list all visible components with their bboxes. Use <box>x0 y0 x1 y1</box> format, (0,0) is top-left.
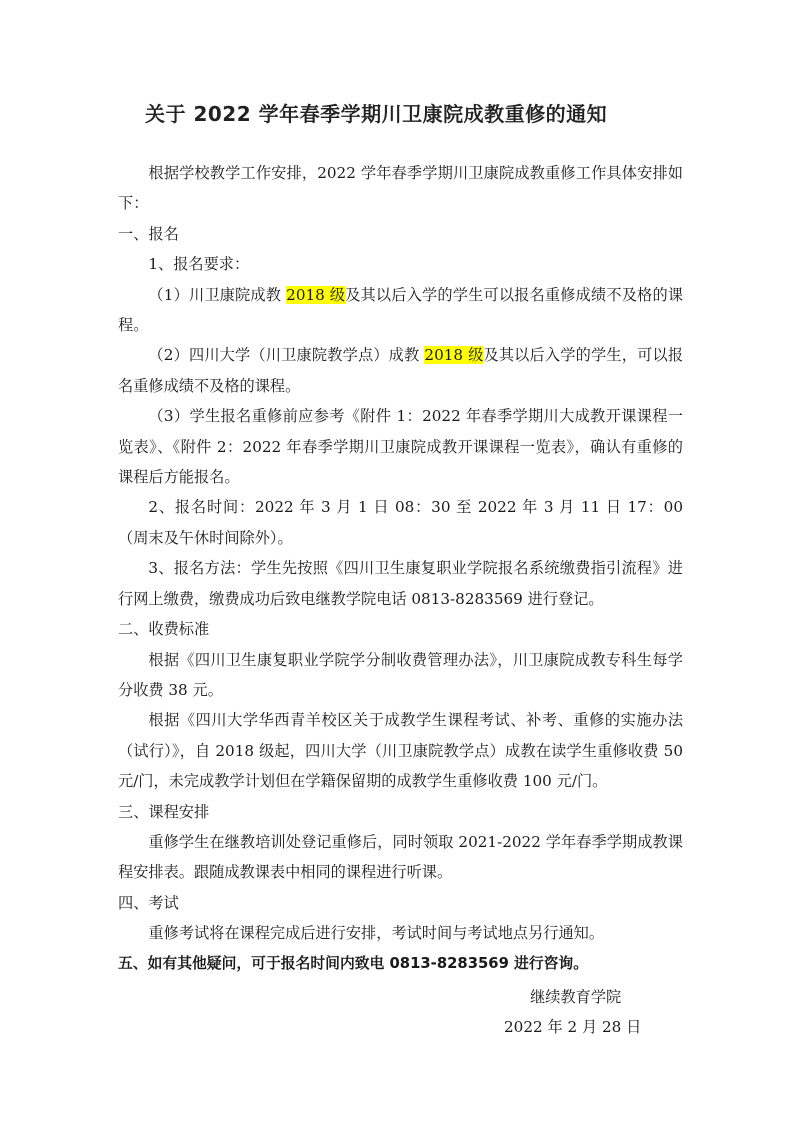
requirement-2-highlight: 2018 级 <box>424 346 483 364</box>
section-1-sub-1-heading: 1、报名要求： <box>118 249 683 279</box>
signature-date: 2022 年 2 月 28 日 <box>504 1012 641 1042</box>
exam-paragraph: 重修考试将在课程完成后进行安排，考试时间与考试地点另行通知。 <box>118 918 683 948</box>
requirement-1-highlight: 2018 级 <box>286 286 345 304</box>
document-title: 关于 2022 学年春季学期川卫康院成教重修的通知 <box>145 98 607 127</box>
document-body: 根据学校教学工作安排，2022 学年春季学期川卫康院成教重修工作具体安排如下： … <box>118 158 683 979</box>
signature-organization: 继续教育学院 <box>510 982 641 1012</box>
section-1-heading: 一、报名 <box>118 219 683 249</box>
registration-method: 3、报名方法：学生先按照《四川卫生康复职业学院报名系统缴费指引流程》进行网上缴费… <box>118 553 683 614</box>
course-arrangement-paragraph: 重修学生在继教培训处登记重修后，同时领取 2021-2022 学年春季学期成教课… <box>118 827 683 888</box>
requirement-2: （2）四川大学（川卫康院教学点）成教 2018 级及其以后入学的学生，可以报名重… <box>118 340 683 401</box>
fee-paragraph-1: 根据《四川卫生康复职业学院学分制收费管理办法》，川卫康院成教专科生每学分收费 3… <box>118 645 683 706</box>
section-2-heading: 二、收费标准 <box>118 614 683 644</box>
intro-paragraph: 根据学校教学工作安排，2022 学年春季学期川卫康院成教重修工作具体安排如下： <box>118 158 683 219</box>
registration-time: 2、报名时间：2022 年 3 月 1 日 08：30 至 2022 年 3 月… <box>118 492 683 553</box>
section-5-heading: 五、如有其他疑问，可于报名时间内致电 0813-8283569 进行咨询。 <box>118 949 683 979</box>
requirement-1-prefix: （1）川卫康院成教 <box>148 286 286 304</box>
document-page: 关于 2022 学年春季学期川卫康院成教重修的通知 根据学校教学工作安排，202… <box>0 0 793 1122</box>
requirement-3: （3）学生报名重修前应参考《附件 1：2022 年春季学期川大成教开课课程一览表… <box>118 401 683 492</box>
requirement-1: （1）川卫康院成教 2018 级及其以后入学的学生可以报名重修成绩不及格的课程。 <box>118 280 683 341</box>
section-4-heading: 四、考试 <box>118 888 683 918</box>
fee-paragraph-2: 根据《四川大学华西青羊校区关于成教学生课程考试、补考、重修的实施办法（试行）》，… <box>118 705 683 796</box>
signature-block: 继续教育学院 2022 年 2 月 28 日 <box>510 982 641 1043</box>
requirement-2-prefix: （2）四川大学（川卫康院教学点）成教 <box>148 346 424 364</box>
section-3-heading: 三、课程安排 <box>118 797 683 827</box>
